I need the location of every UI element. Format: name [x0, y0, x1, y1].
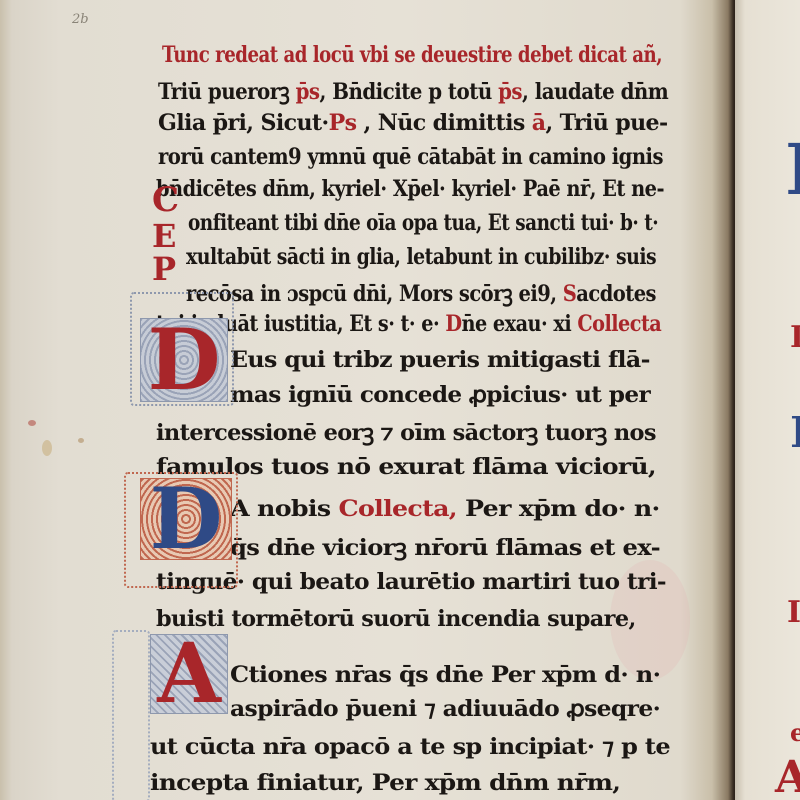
text-line: Eus qui tribz pueris mitigasti flā-: [230, 347, 650, 381]
body-text: n̄e exau· xi: [462, 311, 578, 337]
right-initial: I: [785, 128, 800, 211]
text-line: Glia p̄ri, Sicut·Ps , Nūc dimittis ā, Tr…: [158, 110, 668, 144]
body-text: , Bn̄dicite p totū: [320, 79, 499, 105]
text-line: A nobis Collecta, Per xp̄m do· n·: [230, 496, 660, 530]
illuminated-initial-d-red: D: [140, 318, 228, 402]
initial-c: C: [152, 183, 179, 217]
body-text: , Nūc dimittis: [356, 110, 531, 136]
text-line: aspirādo p̄ueni ⁊ adiuuādo ꝓseqre·: [230, 696, 660, 730]
body-text: Glia p̄ri,: [158, 110, 260, 136]
body-text: Ctiones nr̄as q̄s dn̄e Per xp̄m d· n·: [230, 662, 660, 688]
body-text: , Triū pue-: [545, 110, 667, 136]
rubric-text: Collecta: [577, 311, 661, 337]
rubric-text: p̄s: [498, 79, 522, 105]
right-initial: e: [790, 718, 800, 747]
initial-p: P: [152, 253, 176, 285]
rubric-text: Ps: [329, 110, 357, 136]
body-text: , laudate dn̄m: [522, 79, 668, 105]
text-line: onfiteant tibi dn̄e oīa opa tua, Et sanc…: [188, 210, 658, 244]
body-text: buisti tormētorū suorū incendia supare,: [156, 606, 636, 632]
stain: [42, 440, 52, 456]
text-line: ut cūcta nr̄a opacō a te sp incipiat· ⁊ …: [150, 734, 670, 768]
body-text: Sicut·: [260, 110, 328, 136]
body-text: acdotes: [576, 281, 656, 307]
rubric-text: p̄s: [296, 79, 320, 105]
initial-letter: D: [148, 320, 221, 400]
body-text: bn̄dicētes dn̄m, kyriel· Xp̄el· kyriel· …: [156, 176, 664, 202]
body-text: mas ignīū concede ꝓpicius· ut per: [230, 382, 650, 408]
text-line: Tunc redeat ad locū vbi se deuestire deb…: [162, 42, 662, 76]
right-initial: I: [790, 320, 800, 355]
rubric-text: ā: [532, 110, 546, 136]
stain: [28, 420, 36, 426]
text-line: rorū cantem9 ymnū quē cātabāt in camino …: [158, 144, 663, 178]
rubric-text: Tunc redeat ad locū vbi se deuestire deb…: [162, 42, 662, 68]
text-line: Triū puerorꝫ p̄s, Bn̄dicite p totū p̄s, …: [158, 76, 668, 110]
left-page: 2b Tunc redeat ad locū vbi se deuestire …: [0, 0, 735, 800]
text-line: bn̄dicētes dn̄m, kyriel· Xp̄el· kyriel· …: [156, 176, 664, 210]
initial-letter: D: [150, 479, 223, 559]
body-text: Per xp̄m do· n·: [457, 496, 660, 522]
body-text: q̄s dn̄e viciorꝫ nr̄orū flāmas et ex-: [230, 535, 660, 561]
stain: [78, 438, 84, 443]
body-text: recōsa in ɔspcū dn̄i, Mors scōrꝫ ei9,: [186, 281, 563, 307]
text-line: recōsa in ɔspcū dn̄i, Mors scōrꝫ ei9, Sa…: [186, 278, 656, 312]
body-text: rorū cantem9 ymnū quē cātabāt in camino …: [158, 144, 663, 170]
folio-mark: 2b: [72, 12, 89, 27]
body-text: intercessionē eorꝫ ⁊ oīm sāctorꝫ tuorꝫ n…: [156, 420, 656, 446]
text-line: incepta finiatur, Per xp̄m dn̄m nr̄m,: [150, 770, 620, 800]
penwork-decoration: [112, 630, 150, 800]
rubric-text: Collecta,: [339, 496, 457, 522]
initial-letter: A: [157, 635, 221, 713]
body-text: aspirādo p̄ueni ⁊ adiuuādo ꝓseqre·: [230, 696, 660, 722]
text-line: intercessionē eorꝫ ⁊ oīm sāctorꝫ tuorꝫ n…: [156, 417, 656, 451]
illuminated-initial-a-red: A: [150, 634, 228, 714]
rubric-text: D: [445, 311, 461, 337]
body-text: A nobis: [230, 496, 339, 522]
right-page: I I I I e A: [735, 0, 800, 800]
right-initial: A: [775, 752, 800, 800]
text-line: xultabūt sācti in glia, letabunt in cubi…: [186, 244, 656, 278]
body-text: incepta finiatur, Per xp̄m dn̄m nr̄m,: [150, 770, 620, 796]
body-text: xultabūt sācti in glia, letabunt in cubi…: [186, 244, 656, 270]
body-text: ut cūcta nr̄a opacō a te sp incipiat· ⁊ …: [150, 734, 670, 760]
body-text: Eus qui tribz pueris mitigasti flā-: [230, 347, 650, 373]
illuminated-initial-d-blue: D: [140, 478, 232, 560]
initial-e: E: [152, 220, 176, 252]
right-initial: I: [787, 595, 800, 630]
body-text: Triū puerorꝫ: [158, 79, 296, 105]
text-line: mas ignīū concede ꝓpicius· ut per: [230, 382, 650, 416]
rubric-text: S: [563, 281, 577, 307]
body-text: onfiteant tibi dn̄e oīa opa tua, Et sanc…: [188, 210, 658, 236]
text-line: q̄s dn̄e viciorꝫ nr̄orū flāmas et ex-: [230, 532, 660, 566]
right-initial: I: [790, 408, 800, 457]
text-line: Ctiones nr̄as q̄s dn̄e Per xp̄m d· n·: [230, 662, 660, 696]
